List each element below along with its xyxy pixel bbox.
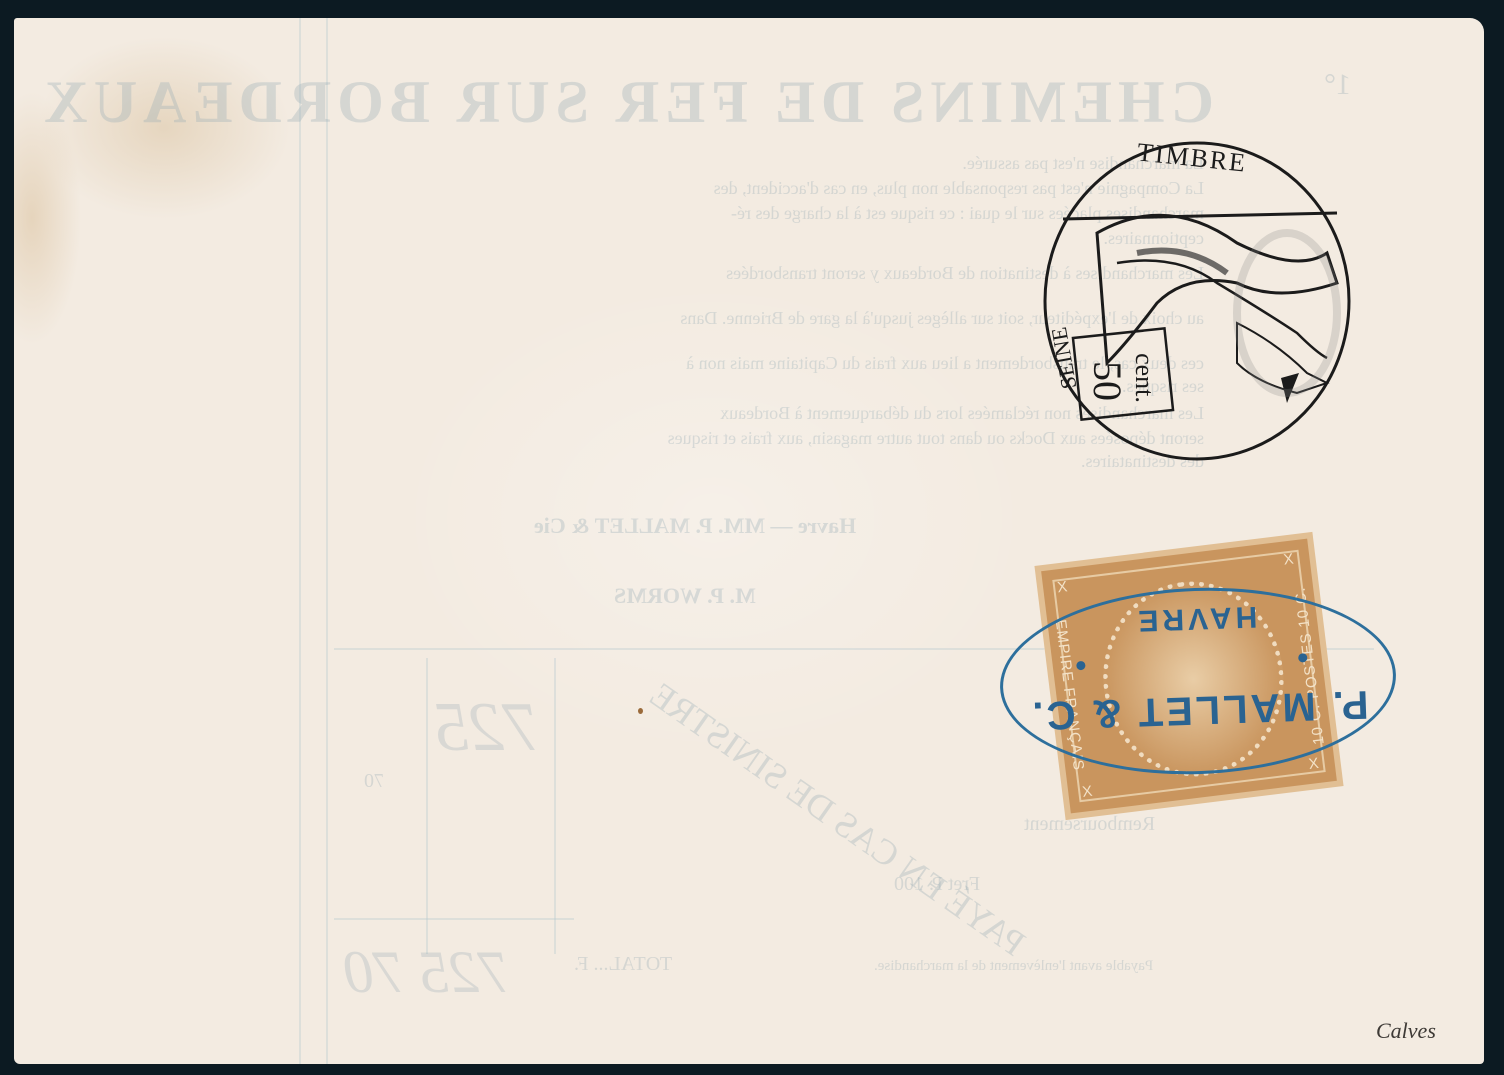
- show-through-handwriting: [54, 558, 284, 758]
- show-through-total-label: TOTAL... F.: [574, 953, 672, 976]
- cancellation-bottom-text: P. MALLET & C.: [1003, 680, 1394, 739]
- fiscal-stamp-unit: cent.: [1131, 353, 1157, 403]
- cancellation-dot: [1298, 653, 1307, 662]
- cancellation-dot: [1076, 661, 1085, 670]
- show-through-header: CHEMINS DE FER SUR BORDEAUX & HAMBOURG: [14, 68, 1214, 137]
- table-rule: [426, 658, 428, 954]
- stamp-corner: X: [1283, 550, 1296, 568]
- show-through-payable-note: Payable avant l'enlèvement de la marchan…: [874, 958, 1153, 975]
- show-through-amount: 725: [434, 688, 539, 768]
- paper-spot: [638, 708, 643, 714]
- column-rule: [299, 18, 301, 1064]
- show-through-consignee: M. P. WORMS: [614, 583, 756, 609]
- stamp-corner: X: [1081, 783, 1094, 801]
- show-through-corner-mark: 1°: [1324, 68, 1351, 102]
- show-through-amount: 70: [364, 770, 384, 793]
- show-through-agent: Havre — MM. P. MALLET & Cie: [534, 513, 856, 539]
- table-rule: [554, 658, 556, 954]
- table-rule: [334, 918, 574, 920]
- stamp-corner: X: [1308, 755, 1321, 773]
- fiscal-stamp: TIMBRE SEINE 50 cent.: [1037, 133, 1357, 463]
- fiscal-stamp-value: 50: [1087, 361, 1127, 401]
- column-rule: [326, 18, 328, 1064]
- fiscal-stamp-icon: [1037, 133, 1357, 463]
- expert-signature: Calves: [1376, 1018, 1436, 1044]
- stamp-corner: X: [1056, 578, 1069, 596]
- show-through-total: 725 70: [344, 938, 509, 1007]
- show-through-handstamp: PAYÉ EN CAS DE SINISTRE: [642, 673, 1033, 964]
